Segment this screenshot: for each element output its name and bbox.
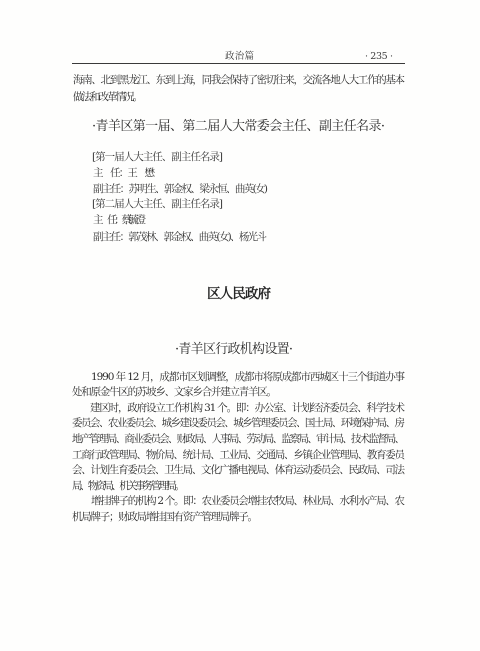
vice-chair-line: 副主任：郭茂林、郭金权、曲英(女)、杨光斗 xyxy=(93,230,265,244)
body-line: 地产管理局、商业委员会、财政局、人事局、劳动局、监察局、审计局、技术监督局、 xyxy=(72,432,403,446)
body-line: 海南、北到黑龙江、东到上海，同我会保持了密切往来，交流各地人大工作的基本 xyxy=(73,73,404,87)
body-line: 会、计划生育委员会、卫生局、文化广播电视局、体育运动委员会、民政局、司法 xyxy=(72,463,404,477)
running-head-title: 政治篇 xyxy=(225,50,254,64)
list-heading: [第二届人大主任、副主任名录] xyxy=(92,197,222,211)
chapter-heading: 区人民政府 xyxy=(207,286,270,302)
body-line: 机局牌子；财政局增挂国有资产管理局牌子。 xyxy=(72,510,257,524)
book-page: 政治篇 · 235 · 海南、北到黑龙江、东到上海，同我会保持了密切往来，交流各… xyxy=(0,0,480,651)
body-line: 1990 年 12 月，成都市区划调整，成都市将原成都市西城区十三个街道办事 xyxy=(91,370,404,384)
page-number: · 235 · xyxy=(365,50,393,64)
body-line: 处和原金牛区的苏坡乡、文家乡合并建立青羊区。 xyxy=(72,385,276,399)
chair-line: 主 任：王 懋 xyxy=(93,166,153,180)
body-line: 工商行政管理局、物价局、统计局、工业局、交通局、乡镇企业管理局、教育委员 xyxy=(72,448,404,462)
chair-line: 主 任：蔡毓澄 xyxy=(93,213,143,227)
body-line: 做法和改革情况。 xyxy=(73,90,141,104)
section-title: ·青羊区行政机构设置· xyxy=(175,342,292,358)
vice-chair-line: 副主任：苏明生、郭金权、梁永恒、曲英(女) xyxy=(93,182,266,196)
header-rule xyxy=(72,63,405,64)
body-line: 委员会、农业委员会、城乡建设委员会、城乡管理委员会、国土局、环境保护局、房 xyxy=(72,416,403,430)
section-title: ·青羊区第一届、第二届人大常委会主任、副主任名录· xyxy=(92,119,384,135)
body-line: 增挂牌子的机构 2 个。即：农业委员会增挂农牧局、林业局、水利水产局、农 xyxy=(91,494,404,508)
body-line: 建区时，政府设立工作机构 31 个。即：办公室、计划经济委员会、科学技术 xyxy=(90,401,404,415)
body-line: 局、物资局、机关事务管理局。 xyxy=(72,479,182,493)
list-heading: [第一届人大主任、副主任名录] xyxy=(92,150,222,164)
